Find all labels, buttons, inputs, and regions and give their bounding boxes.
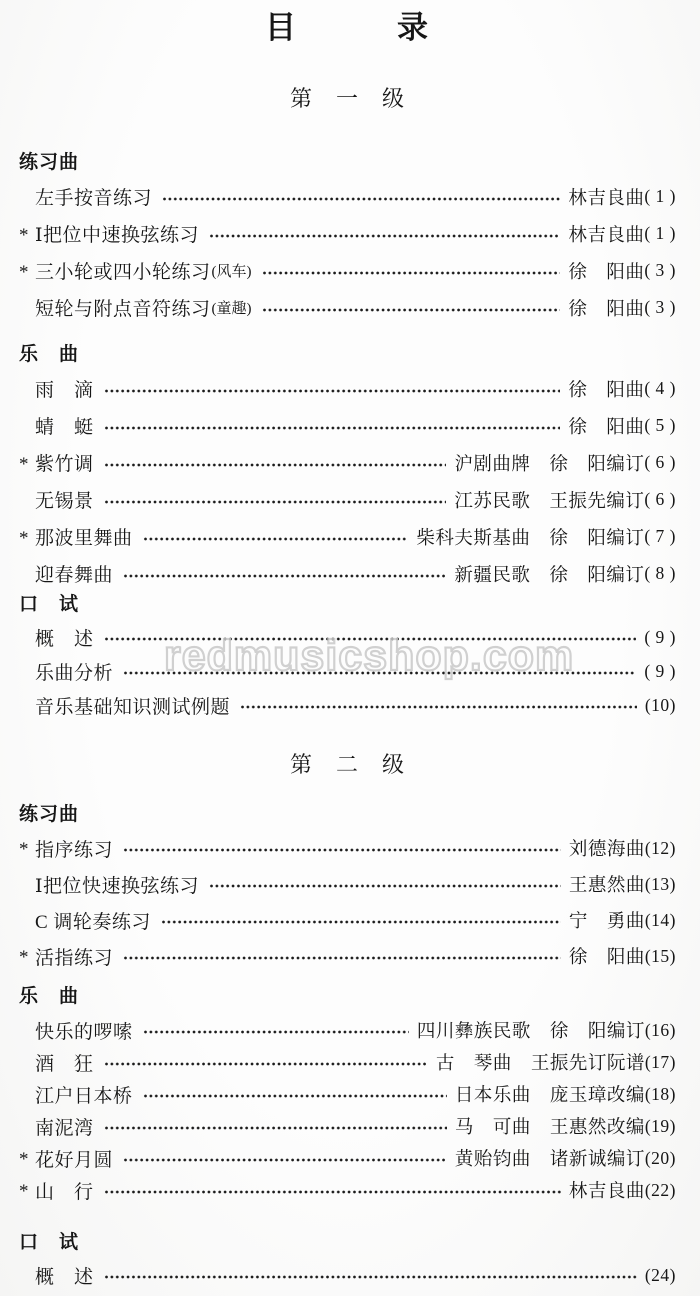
entry-attribution: 徐 阳曲 (568, 413, 644, 439)
grade-1-heading: 第 一 级 (19, 84, 676, 114)
entry-attribution: 马 可曲 王惠然改编 (455, 1113, 645, 1139)
dot-leader (104, 454, 447, 472)
entry-page-number: (12) (645, 838, 676, 859)
toc-entry-row: * 紫竹调 沪剧曲牌 徐 阳编订 ( 6 ) (19, 444, 676, 481)
toc-entry-row: 迎春舞曲 新疆民歌 徐 阳编订 ( 8 ) (19, 555, 676, 592)
entry-title: C 调轮奏练习 (35, 907, 151, 934)
entry-subtitle: (童趣) (212, 297, 252, 318)
dot-leader (143, 528, 409, 546)
entry-page-number: (14) (645, 910, 676, 931)
entry-attribution: 徐 阳曲 (569, 943, 645, 969)
entry-title: 概 述 (35, 1262, 94, 1289)
grade-1-oral-group: 口 试 概 述 ( 9 ) 乐曲分析 (19, 592, 676, 722)
entry-title: 迎春舞曲 (35, 560, 113, 587)
dot-leader (123, 565, 446, 583)
entry-attribution: 刘德海曲 (569, 835, 645, 861)
toc-entry-row: * Ⅰ把位中速换弦练习 林吉良曲 ( 1 ) (19, 215, 676, 252)
entry-page-number: (18) (645, 1084, 676, 1105)
grade-1-pieces-list: 雨 滴 徐 阳曲 ( 4 ) 蜻 蜓 徐 阳曲 ( 5 ) (19, 370, 676, 592)
toc-entry-row: 乐曲分析 ( 9 ) (19, 654, 676, 688)
toc-entry-row: 音乐基础知识测试例题 (10) (19, 688, 676, 722)
entry-title: 无锡景 (35, 486, 94, 513)
entry-page-number: (16) (645, 1020, 676, 1041)
entry-attribution: 徐 阳曲 (568, 258, 644, 284)
dot-leader (123, 1149, 447, 1167)
entry-attribution: 林吉良曲 (568, 221, 644, 247)
entry-page-number: ( 4 ) (644, 378, 676, 399)
entry-title: 山 行 (35, 1177, 94, 1204)
dot-leader (104, 1117, 447, 1135)
grade-2-heading: 第 二 级 (19, 750, 676, 780)
grade-1-etudes-heading: 练习曲 (19, 150, 676, 176)
toc-entry-row: 南泥湾 马 可曲 王惠然改编 (19) (19, 1110, 676, 1142)
entry-page-number: (10) (645, 695, 676, 716)
entry-title: 紫竹调 (35, 449, 94, 476)
entry-page-number: (17) (645, 1052, 676, 1073)
dot-leader (104, 491, 447, 509)
entry-title: 短轮与附点音符练习 (35, 294, 211, 321)
grade-1-etudes-group: 练习曲 左手按音练习 林吉良曲 ( 1 ) * Ⅰ把位中速换弦练习 (19, 150, 676, 326)
entry-title: 雨 滴 (35, 375, 94, 402)
grade-1-oral-heading: 口 试 (19, 592, 676, 618)
entry-page-number: ( 5 ) (644, 415, 676, 436)
entry-page-number: ( 9 ) (644, 627, 676, 648)
entry-attribution: 徐 阳曲 (568, 376, 644, 402)
entry-attribution: 宁 勇曲 (569, 907, 645, 933)
toc-entry-row: * 那波里舞曲 柴科夫斯基曲 徐 阳编订 ( 7 ) (19, 518, 676, 555)
dot-leader (123, 839, 561, 857)
entry-title: Ⅰ把位中速换弦练习 (35, 220, 199, 247)
entry-page-number: (19) (645, 1116, 676, 1137)
dot-leader (104, 417, 561, 435)
entry-attribution: 王惠然曲 (569, 871, 645, 897)
entry-attribution: 日本乐曲 庞玉璋改编 (455, 1081, 645, 1107)
toc-entry-row: 酒 狂 古 琴曲 王振先订阮谱 (17) (19, 1046, 676, 1078)
star-marker: * (19, 947, 35, 969)
toc-entry-row: Ⅰ把位快速换弦练习 王惠然曲 (13) (19, 866, 676, 902)
entry-page-number: (22) (645, 1180, 676, 1201)
dot-leader (162, 188, 560, 206)
grade-2-pieces-heading: 乐 曲 (19, 984, 676, 1010)
entry-title: 南泥湾 (35, 1113, 94, 1140)
entry-title: 花好月圆 (35, 1145, 113, 1172)
star-marker: * (19, 528, 35, 550)
toc-page: 目 录 第 一 级 练习曲 左手按音练习 林吉良曲 ( 1 ) (0, 0, 700, 1296)
entry-title: 左手按音练习 (35, 183, 152, 210)
dot-leader (209, 875, 561, 893)
dot-leader (123, 662, 636, 680)
star-marker: * (19, 262, 35, 284)
entry-title: 活指练习 (35, 943, 113, 970)
entry-attribution: 沪剧曲牌 徐 阳编订 (454, 450, 644, 476)
entry-attribution: 林吉良曲 (569, 1177, 645, 1203)
grade-2-oral-heading: 口 试 (19, 1230, 676, 1256)
entry-page-number: ( 9 ) (644, 661, 676, 682)
toc-entry-row: 无锡景 江苏民歌 王振先编订 ( 6 ) (19, 481, 676, 518)
entry-page-number: (15) (645, 946, 676, 967)
toc-entry-row: 雨 滴 徐 阳曲 ( 4 ) (19, 370, 676, 407)
entry-page-number: ( 6 ) (644, 489, 676, 510)
entry-title: Ⅰ把位快速换弦练习 (35, 871, 199, 898)
entry-page-number: ( 1 ) (644, 186, 676, 207)
dot-leader (104, 628, 637, 646)
grade-2-pieces-list: 快乐的啰嗦 四川彝族民歌 徐 阳编订 (16) 酒 狂 古 琴曲 王振先订阮谱 … (19, 1014, 676, 1206)
toc-entry-row: C 调轮奏练习 宁 勇曲 (14) (19, 902, 676, 938)
dot-leader (104, 1053, 428, 1071)
toc-entry-row: * 花好月圆 黄贻钧曲 诸新诚编订 (20) (19, 1142, 676, 1174)
grade-2-etudes-heading: 练习曲 (19, 802, 676, 828)
star-marker: * (19, 225, 35, 247)
dot-leader (104, 1266, 637, 1284)
dot-leader (240, 696, 637, 714)
star-marker: * (19, 839, 35, 861)
entry-attribution: 古 琴曲 王振先订阮谱 (436, 1049, 645, 1075)
entry-title: 音乐基础知识测试例题 (35, 692, 230, 719)
dot-leader (104, 1181, 561, 1199)
entry-title: 那波里舞曲 (35, 523, 133, 550)
entry-title: 快乐的啰嗦 (35, 1017, 133, 1044)
entry-title: 三小轮或四小轮练习 (35, 257, 211, 284)
entry-attribution: 林吉良曲 (568, 184, 644, 210)
entry-title: 蜻 蜓 (35, 412, 94, 439)
dot-leader (262, 262, 561, 280)
entry-subtitle: (风车) (212, 260, 252, 281)
entry-page-number: (13) (645, 874, 676, 895)
dot-leader (143, 1085, 447, 1103)
toc-entry-row: * 山 行 林吉良曲 (22) (19, 1174, 676, 1206)
toc-entry-row: 概 述 (24) (19, 1258, 676, 1292)
entry-page-number: ( 8 ) (644, 563, 676, 584)
grade-2-etudes-list: * 指序练习 刘德海曲 (12) Ⅰ把位快速换弦练习 王惠然曲 (19, 830, 676, 974)
entry-page-number: (20) (645, 1148, 676, 1169)
entry-page-number: (24) (645, 1265, 676, 1286)
dot-leader (104, 380, 561, 398)
page-title: 目 录 (19, 0, 676, 48)
entry-title: 酒 狂 (35, 1049, 94, 1076)
entry-title: 概 述 (35, 624, 94, 651)
dot-leader (209, 225, 560, 243)
star-marker: * (19, 454, 35, 476)
grade-2-etudes-group: 练习曲 * 指序练习 刘德海曲 (12) Ⅰ把位快速换弦练习 (19, 802, 676, 974)
toc-entry-row: 短轮与附点音符练习 (童趣) 徐 阳曲 ( 3 ) (19, 289, 676, 326)
dot-leader (161, 911, 561, 929)
entry-page-number: ( 3 ) (644, 297, 676, 318)
entry-page-number: ( 1 ) (644, 223, 676, 244)
entry-attribution: 柴科夫斯基曲 徐 阳编订 (416, 524, 644, 550)
grade-2-pieces-group: 乐 曲 快乐的啰嗦 四川彝族民歌 徐 阳编订 (16) 酒 狂 (19, 984, 676, 1206)
dot-leader (123, 947, 561, 965)
grade-1-section: 第 一 级 练习曲 左手按音练习 林吉良曲 ( 1 ) * (19, 84, 676, 722)
grade-1-etudes-list: 左手按音练习 林吉良曲 ( 1 ) * Ⅰ把位中速换弦练习 林吉良曲 ( 1 ) (19, 178, 676, 326)
toc-entry-row: 蜻 蜓 徐 阳曲 ( 5 ) (19, 407, 676, 444)
toc-entry-row: 快乐的啰嗦 四川彝族民歌 徐 阳编订 (16) (19, 1014, 676, 1046)
star-marker: * (19, 1149, 35, 1171)
entry-page-number: ( 6 ) (644, 452, 676, 473)
grade-2-section: 第 二 级 练习曲 * 指序练习 刘德海曲 (12) (19, 750, 676, 1292)
toc-entry-row: * 活指练习 徐 阳曲 (15) (19, 938, 676, 974)
entry-page-number: ( 7 ) (644, 526, 676, 547)
entry-attribution: 新疆民歌 徐 阳编订 (454, 561, 644, 587)
grade-2-oral-list: 概 述 (24) (19, 1258, 676, 1292)
entry-title: 江户日本桥 (35, 1081, 133, 1108)
toc-entry-row: * 三小轮或四小轮练习 (风车) 徐 阳曲 ( 3 ) (19, 252, 676, 289)
entry-title: 乐曲分析 (35, 658, 113, 685)
entry-title: 指序练习 (35, 835, 113, 862)
dot-leader (262, 299, 561, 317)
toc-entry-row: 左手按音练习 林吉良曲 ( 1 ) (19, 178, 676, 215)
dot-leader (143, 1021, 409, 1039)
entry-attribution: 徐 阳曲 (568, 295, 644, 321)
entry-attribution: 四川彝族民歌 徐 阳编订 (417, 1017, 645, 1043)
grade-1-pieces-group: 乐 曲 雨 滴 徐 阳曲 ( 4 ) 蜻 蜓 (19, 342, 676, 592)
grade-1-pieces-heading: 乐 曲 (19, 342, 676, 368)
star-marker: * (19, 1181, 35, 1203)
toc-entry-row: 概 述 ( 9 ) (19, 620, 676, 654)
entry-page-number: ( 3 ) (644, 260, 676, 281)
grade-2-oral-group: 口 试 概 述 (24) (19, 1230, 676, 1292)
toc-entry-row: * 指序练习 刘德海曲 (12) (19, 830, 676, 866)
toc-entry-row: 江户日本桥 日本乐曲 庞玉璋改编 (18) (19, 1078, 676, 1110)
entry-attribution: 黄贻钧曲 诸新诚编订 (455, 1145, 645, 1171)
grade-1-oral-list: 概 述 ( 9 ) 乐曲分析 ( 9 ) (19, 620, 676, 722)
entry-attribution: 江苏民歌 王振先编订 (454, 487, 644, 513)
